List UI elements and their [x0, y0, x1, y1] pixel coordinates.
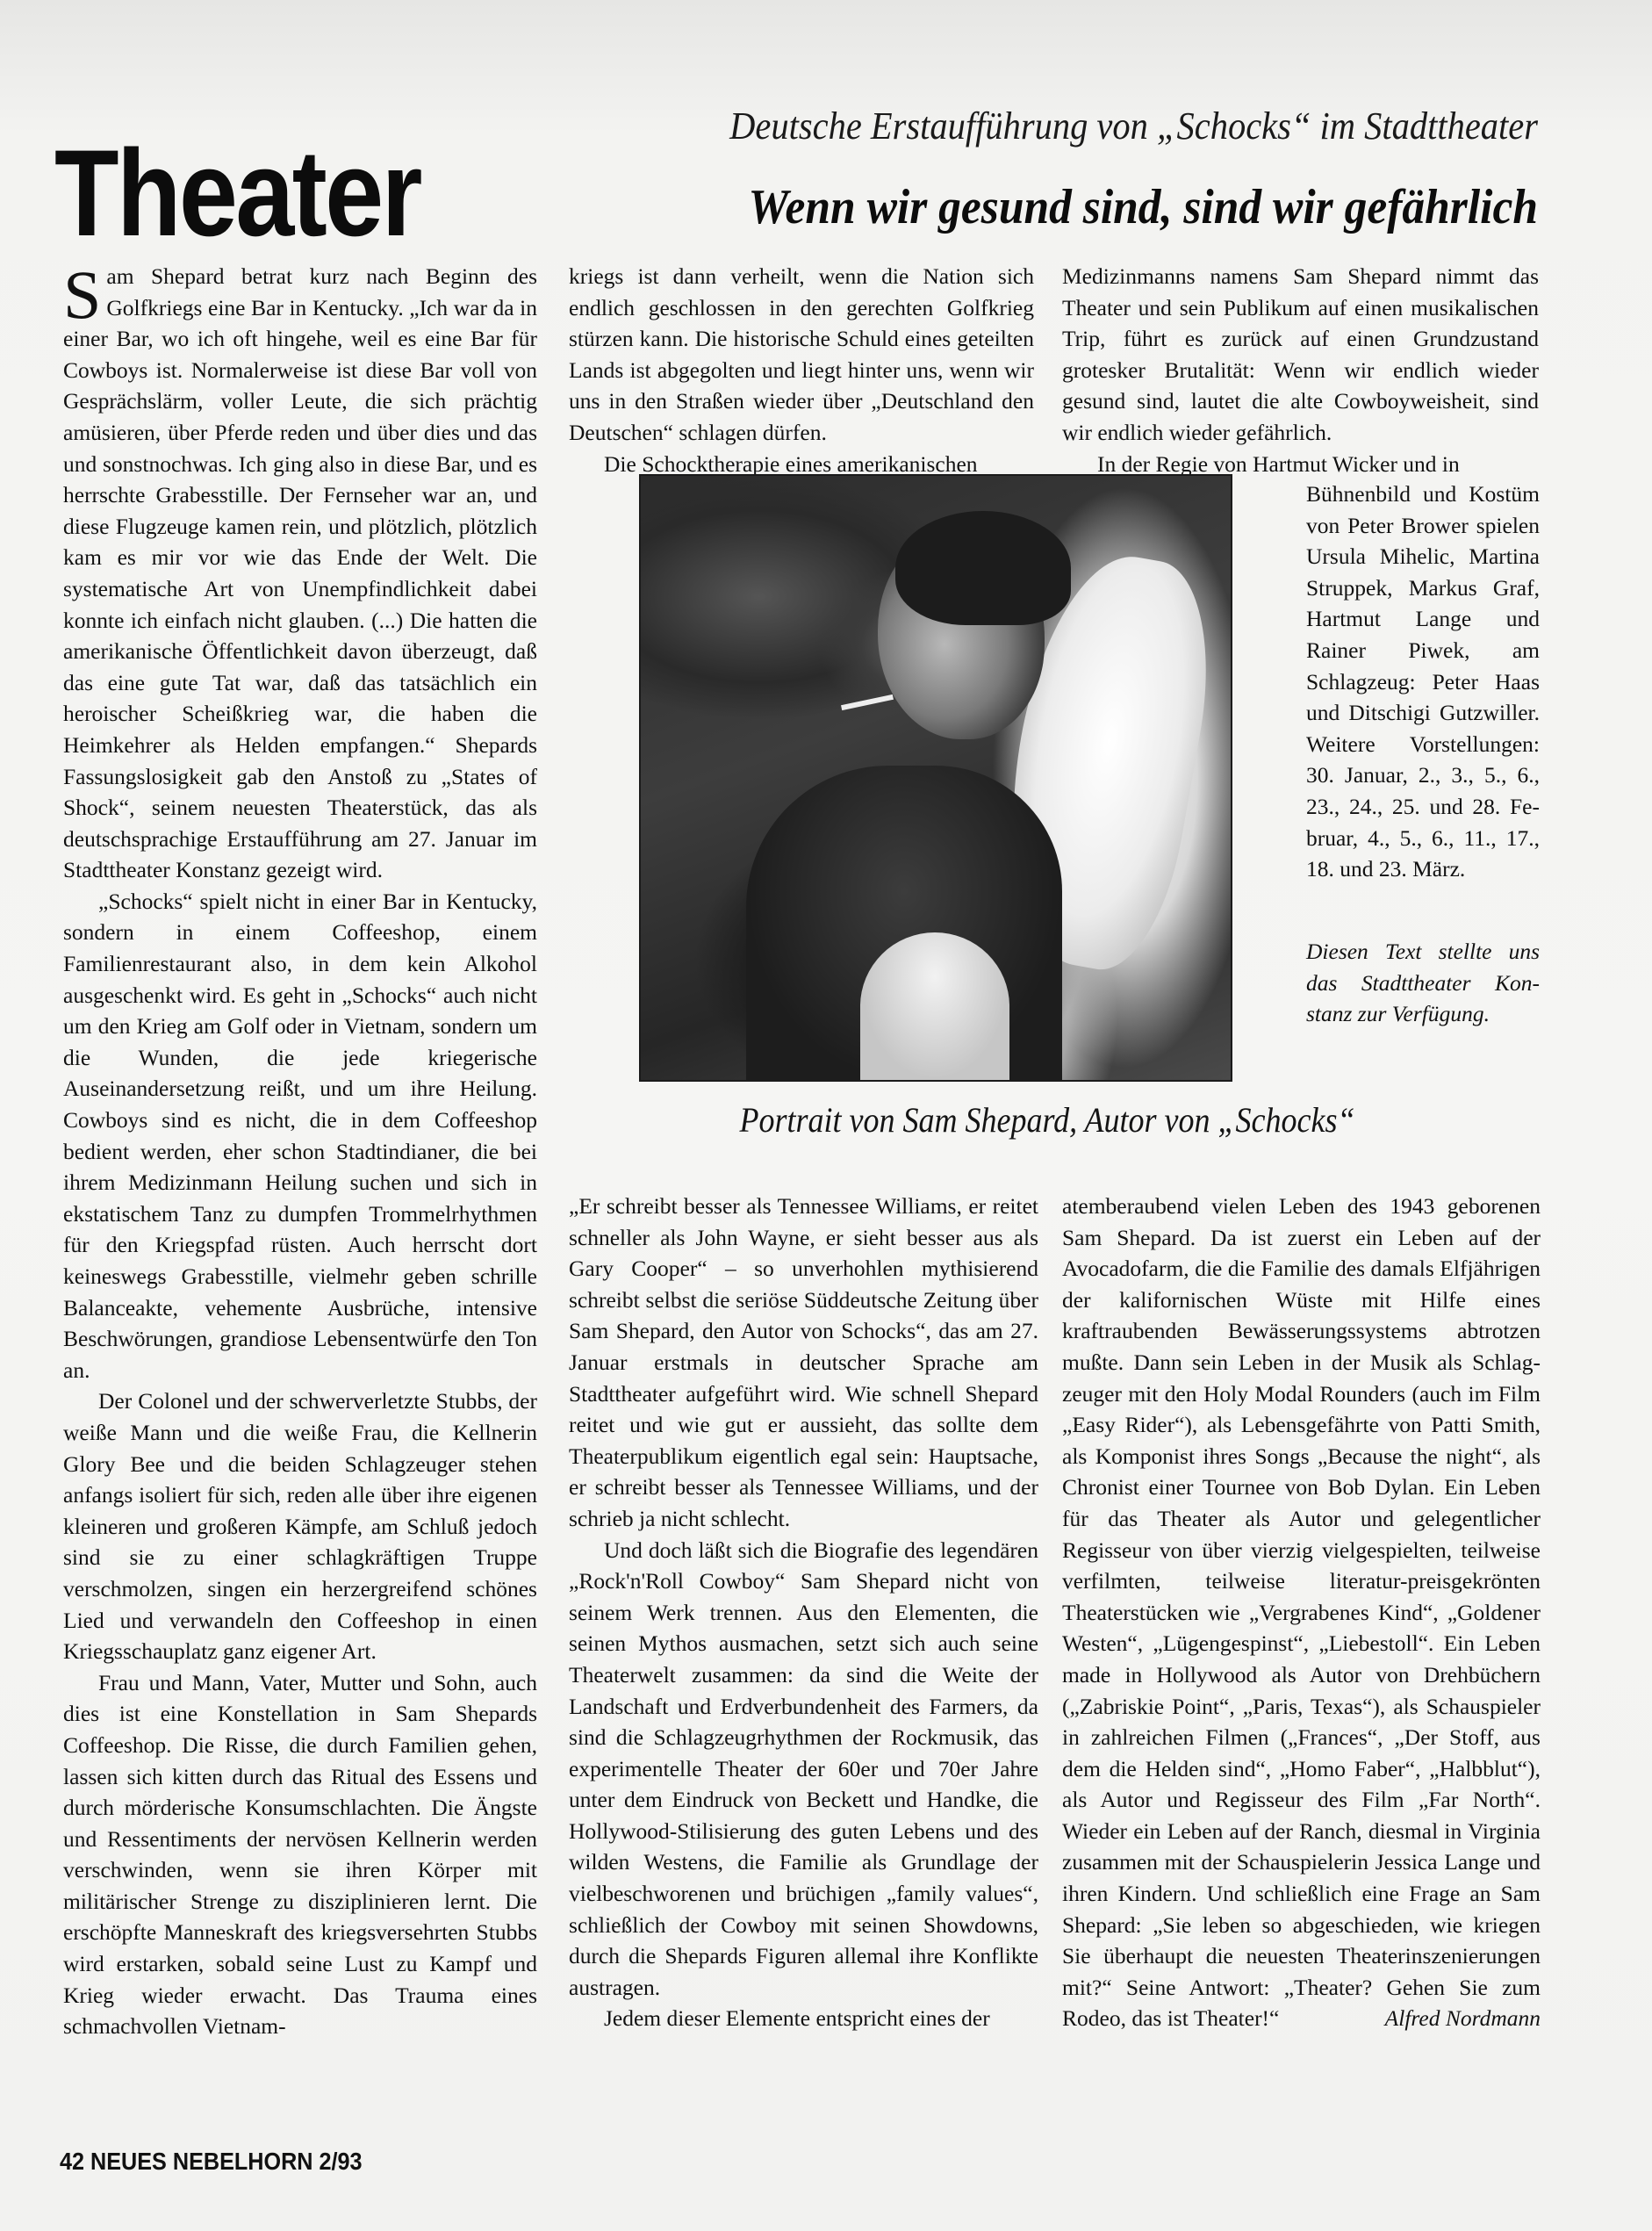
page-number: 42 — [60, 2148, 84, 2175]
article-kicker: Deutsche Erstaufführung von „Schocks“ im… — [717, 107, 1538, 146]
paragraph: Der Colonel und der schwerverletzte Stub… — [63, 1385, 537, 1666]
drop-cap: S — [63, 263, 106, 322]
cast-and-dates: Bühnenbild und Ko­stüm von Peter Brower … — [1306, 479, 1540, 885]
photo-caption: Portrait von Sam Shepard, Autor von „Sch… — [680, 1103, 1415, 1138]
portrait-photo — [639, 474, 1232, 1082]
article-column-3-bottom: atemberaubend vielen Leben des 1943 gebo… — [1062, 1191, 1541, 2034]
paragraph: „Er schreibt besser als Tennessee Willia… — [569, 1191, 1038, 1535]
article-headline: Wenn wir gesund sind, sind wir gefährlic… — [688, 183, 1538, 232]
paragraph: Frau und Mann, Vater, Mutter und Sohn, a… — [63, 1667, 537, 2042]
article-column-1: Sam Shepard betrat kurz nach Beginn des … — [63, 261, 537, 2042]
author-byline: Alfred Nordmann — [1385, 2003, 1541, 2034]
paragraph: atemberaubend vielen Leben des 1943 gebo… — [1062, 1191, 1541, 2034]
paragraph: „Schocks“ spielt nicht in einer Bar in K… — [63, 886, 537, 1386]
paragraph: Und doch läßt sich die Biografie des leg… — [569, 1535, 1038, 2004]
article-column-2-bottom: „Er schreibt besser als Tennessee Willia… — [569, 1191, 1038, 2034]
article-column-2-top: kriegs ist dann verheilt, wenn die Natio… — [569, 261, 1034, 479]
paragraph: Jedem dieser Elemente entspricht eines d… — [569, 2003, 1038, 2034]
section-title: Theater — [54, 132, 420, 255]
issue-number: 2/93 — [319, 2148, 362, 2175]
paragraph: kriegs ist dann verheilt, wenn die Natio… — [569, 261, 1034, 449]
paragraph: Sam Shepard betrat kurz nach Beginn des … — [63, 261, 537, 886]
photo-arm-shape — [860, 932, 1009, 1080]
page-footer: 42 NEUES NEBELHORN 2/93 — [60, 2149, 363, 2174]
photo-hair-shape — [895, 511, 1071, 625]
publication-name: NEUES NEBELHORN — [90, 2148, 312, 2175]
photo-cigarette-shape — [841, 694, 894, 710]
paragraph: Medizinmanns namens Sam Shepard nimmt da… — [1062, 261, 1539, 449]
paragraph-text: atemberaubend vielen Leben des 1943 gebo… — [1062, 1193, 1541, 2031]
source-credit: Diesen Text stellte uns das Stadttheater… — [1306, 936, 1540, 1030]
article-column-3-top: Medizinmanns namens Sam Shepard nimmt da… — [1062, 261, 1539, 479]
paragraph-text: am Shepard betrat kurz nach Beginn des G… — [63, 263, 537, 882]
